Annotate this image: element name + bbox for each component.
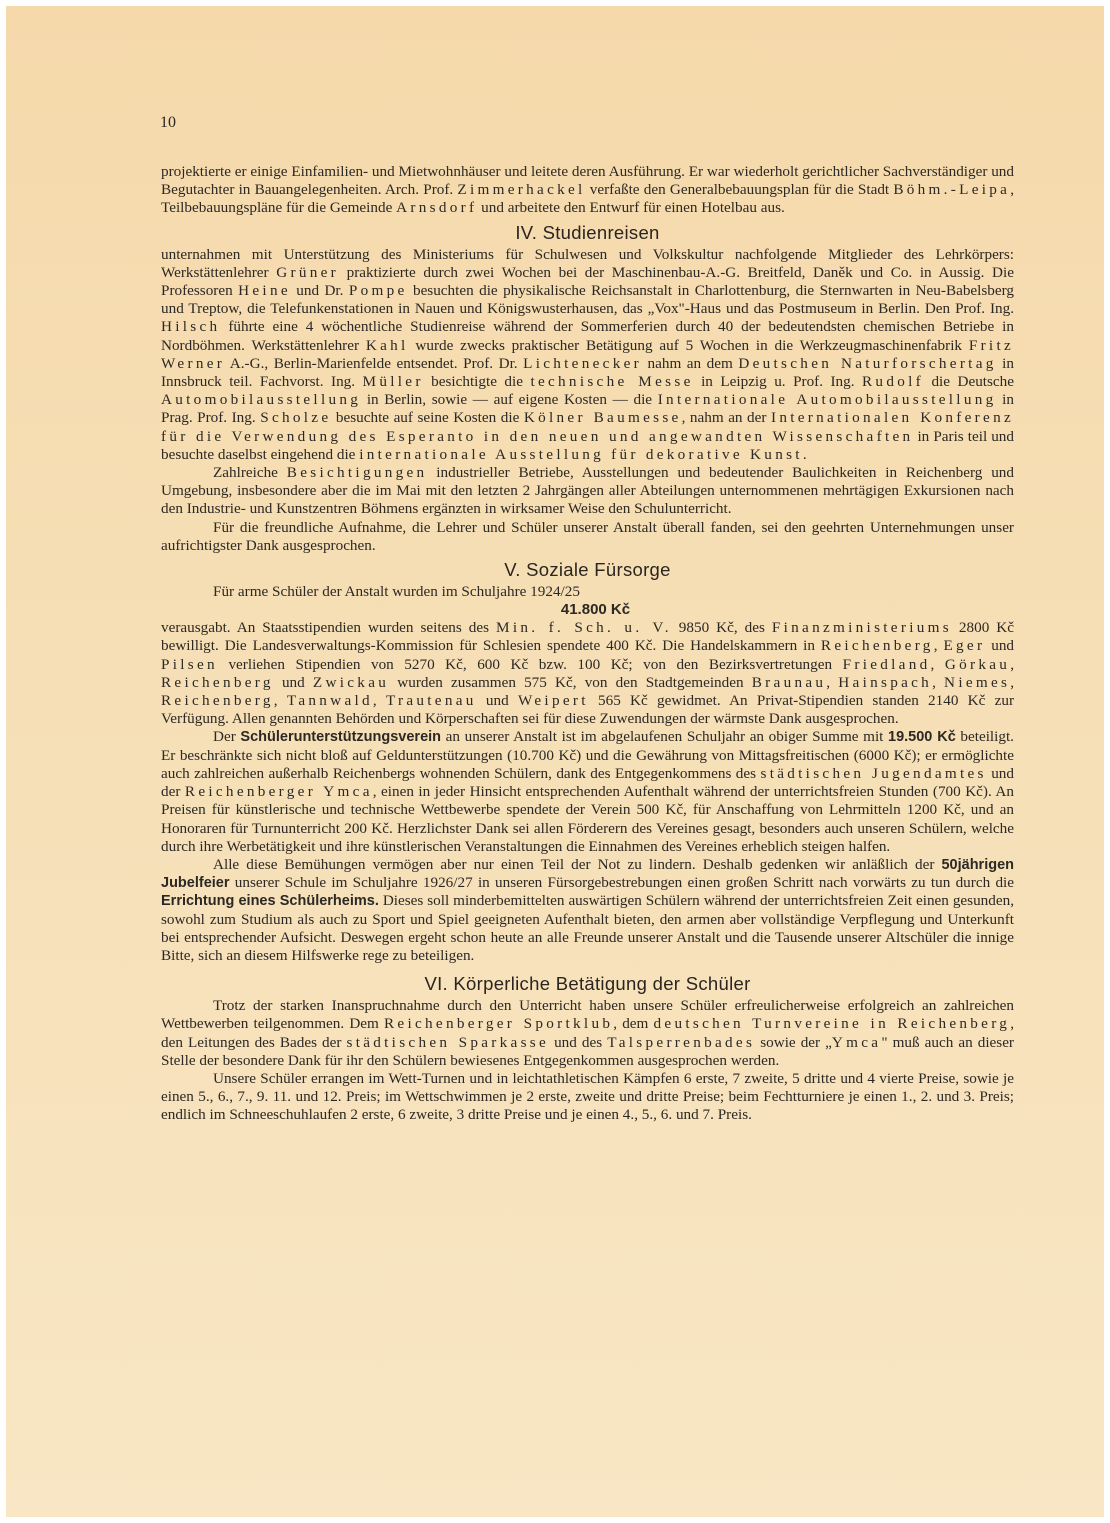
text-run: , [1010, 656, 1014, 673]
sport-paragraph-1: Trotz der starken Inanspruchnahme durch … [161, 997, 1014, 1070]
text-run: die Deutsche [924, 373, 1014, 390]
fuersorge-paragraph-3: Alle diese Bemühungen vermögen aber nur … [161, 856, 1014, 965]
text-run: nahm an dem [642, 355, 738, 372]
spaced-name: Scholze [260, 409, 331, 426]
text-run: und [985, 637, 1014, 654]
spaced-place: Zwickau [313, 674, 389, 691]
document-page: 10 projektierte er einige Einfamilien- u… [6, 6, 1104, 1517]
spaced-name: Kölner Baumesse [524, 409, 682, 426]
spaced-place: Eger [943, 637, 985, 654]
spaced-name: Kahl [366, 337, 409, 354]
text-run: A.-G., Berlin-Marienfelde entsendet. Pro… [225, 355, 523, 372]
text-run: verausgabt. An Staatsstipendien wurden s… [161, 619, 496, 636]
spaced-place: Niemes [944, 674, 1010, 691]
spaced-place: Pilsen [161, 656, 218, 673]
text-run: und Dr. [291, 282, 349, 299]
text-run: sowie der „ [755, 1034, 832, 1051]
text-run: besichtigte die [424, 373, 531, 390]
spaced-place: Böhm.-Leipa [893, 181, 1010, 198]
spaced-name: Internationale Automobilausstellung [658, 391, 997, 408]
studienreisen-paragraph-2: Zahlreiche Besichtigungen industrieller … [161, 464, 1014, 519]
spaced-name: städtischen Sparkasse [346, 1034, 549, 1051]
bold-term: Schülerunterstützungsverein [240, 729, 441, 745]
text-run: , [274, 692, 287, 709]
text-run: wurden zusammen 575 Kč, von den Stadtgem… [389, 674, 752, 691]
section-heading-koerperliche-betaetigung: VI. Körperliche Betätigung der Schüler [161, 973, 1014, 995]
spaced-name: Talsperrenbades [607, 1034, 755, 1051]
spaced-place: Trautenau [386, 692, 477, 709]
text-run: unserer Schule im Schuljahre 1926/27 in … [230, 874, 1015, 891]
spaced-name: deutschen Turnvereine in Reichenberg [654, 1015, 1011, 1032]
text-run: in Leipzig u. Prof. Ing. [694, 373, 862, 390]
bold-amount: 19.500 Kč [888, 729, 956, 745]
spaced-name: Min. f. Sch. u. V. [496, 619, 672, 636]
text-run: , [826, 674, 838, 691]
spaced-name: Reichenberger Sportklub [384, 1015, 613, 1032]
studienreisen-paragraph-3: Für die freundliche Aufnahme, die Lehrer… [161, 519, 1014, 555]
text-run: besuchte auf seine Kosten die [331, 409, 523, 426]
text-run: wurde zwecks praktischer Betätigung auf … [409, 337, 969, 354]
spaced-name: städtischen Jugendamtes [761, 765, 987, 782]
text-run: verliehen Stipendien von 5270 Kč, 600 Kč… [218, 656, 843, 673]
spaced-name: Finanzministeriums [772, 619, 952, 636]
spaced-place: Reichenberg [161, 692, 274, 709]
text-run: und arbeitete den Entwurf für einen Hote… [477, 199, 784, 216]
text-run: , dem [613, 1015, 653, 1032]
spaced-place: Friedland [843, 656, 931, 673]
spaced-place: Görkau [945, 656, 1010, 673]
text-run: und [274, 674, 313, 691]
bold-term: Errichtung eines Schülerheims. [161, 893, 379, 909]
text-run: Alle diese Bemühungen vermögen aber nur … [213, 856, 941, 873]
page-body: projektierte er einige Einfamilien- und … [161, 163, 1014, 1125]
spaced-name: Grüner [276, 264, 339, 281]
spaced-name: Ymca [832, 1034, 881, 1051]
text-run: 9850 Kč, des [672, 619, 772, 636]
text-run: , [934, 637, 944, 654]
spaced-name: Müller [363, 373, 424, 390]
intro-paragraph: projektierte er einige Einfamilien- und … [161, 163, 1014, 218]
spaced-name: Hilsch [161, 318, 220, 335]
text-run: , [373, 692, 386, 709]
spaced-name: Lichtenecker [523, 355, 642, 372]
spaced-name: internationale Ausstellung für dekorativ… [359, 446, 803, 463]
spaced-name: Deutschen Naturforschertag [738, 355, 996, 372]
text-run: . [803, 446, 807, 463]
studienreisen-paragraph-1: unternahmen mit Unterstützung des Minist… [161, 246, 1014, 464]
text-run: Zahlreiche [213, 464, 287, 481]
spaced-name: Automobilausstellung [161, 391, 361, 408]
spaced-place: Hainspach [838, 674, 932, 691]
fuersorge-paragraph-1: verausgabt. An Staatsstipendien wurden s… [161, 619, 1014, 728]
text-run: , [932, 674, 944, 691]
spaced-name: Pompe [349, 282, 408, 299]
text-run: in Berlin, sowie — auf eigene Kosten — d… [361, 391, 658, 408]
spaced-name: Heine [238, 282, 291, 299]
text-run: , nahm an der [682, 409, 771, 426]
spaced-place: Reichenberg [161, 674, 274, 691]
text-run: Der [213, 728, 240, 745]
text-run: und [477, 692, 518, 709]
text-run: und des [549, 1034, 607, 1051]
spaced-place: Weipert [518, 692, 589, 709]
fuersorge-paragraph-2: Der Schülerunterstützungsverein an unser… [161, 728, 1014, 855]
spaced-place: Tannwald [287, 692, 373, 709]
spaced-name: Rudolf [862, 373, 924, 390]
page-number: 10 [160, 114, 176, 132]
spaced-name: Reichenberger Ymca [185, 783, 373, 800]
spaced-name: Besichtigungen [287, 464, 428, 481]
text-run: an unserer Anstalt ist im abgelaufenen S… [441, 728, 888, 745]
text-run: verfaßte den Generalbebauungsplan für di… [586, 181, 894, 198]
total-amount: 41.800 Kč [161, 601, 1014, 619]
spaced-name: technische Messe [530, 373, 693, 390]
sport-paragraph-2: Unsere Schüler errangen im Wett-Turnen u… [161, 1070, 1014, 1125]
section-heading-studienreisen: IV. Studienreisen [161, 222, 1014, 244]
spaced-place: Arnsdorf [396, 199, 477, 216]
spaced-place: Braunau [752, 674, 827, 691]
spaced-name: Zimmerhackel [457, 181, 585, 198]
text-run: , [931, 656, 945, 673]
text-run: , [1010, 674, 1014, 691]
fuersorge-intro: Für arme Schüler der Anstalt wurden im S… [161, 583, 1014, 601]
spaced-place: Reichenberg [821, 637, 934, 654]
section-heading-soziale-fuersorge: V. Soziale Fürsorge [161, 559, 1014, 581]
